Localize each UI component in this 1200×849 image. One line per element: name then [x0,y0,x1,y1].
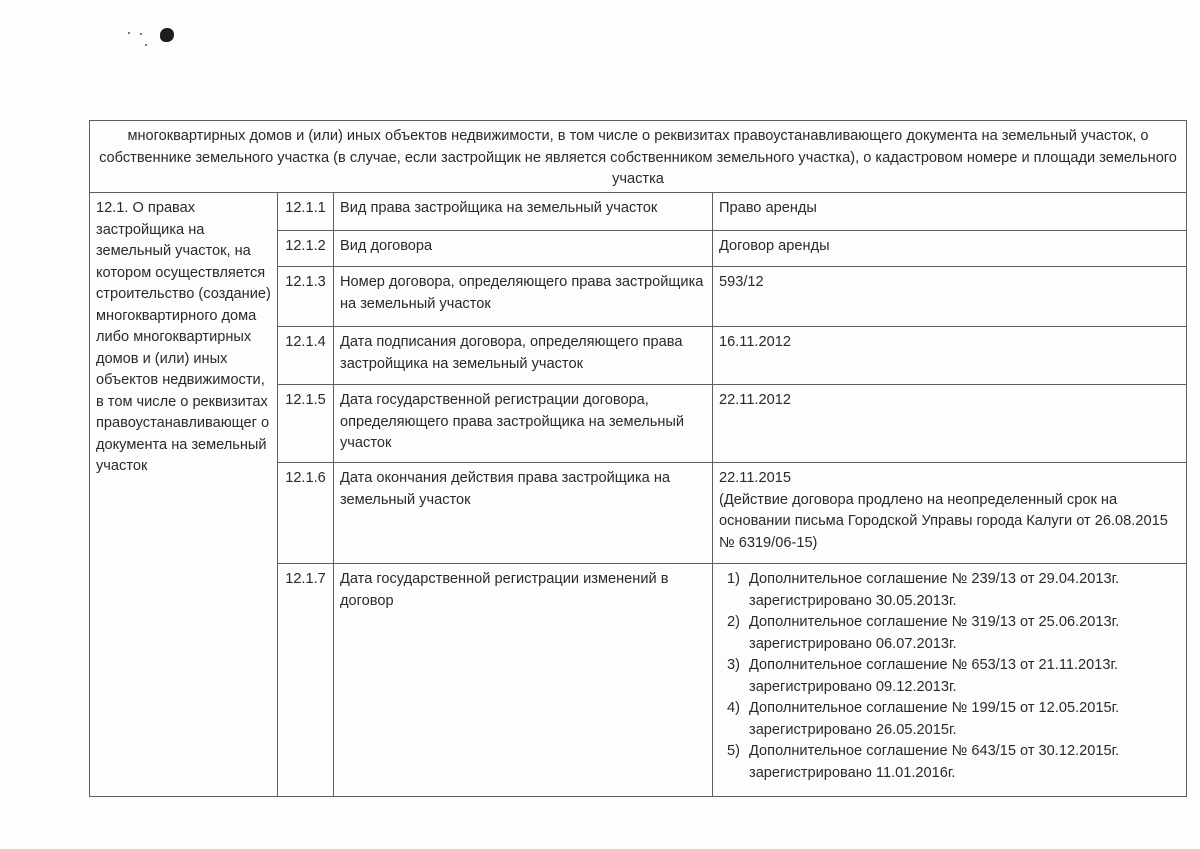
amendment-item: 4) Дополнительное соглашение № 199/15 от… [719,698,1176,741]
amendment-item: 2) Дополнительное соглашение № 319/13 от… [719,612,1176,655]
row-value: 593/12 [713,267,1187,327]
row-number: 12.1.6 [278,463,334,564]
row-number: 12.1.3 [278,267,334,327]
amendment-text: Дополнительное соглашение № 239/13 от 29… [749,571,1119,609]
list-marker: 4) [727,698,740,720]
row-number: 12.1.2 [278,231,334,267]
scan-artifact [160,28,174,42]
list-marker: 3) [727,655,740,677]
list-marker: 5) [727,741,740,763]
list-marker: 1) [727,569,740,591]
row-value: 1) Дополнительное соглашение № 239/13 от… [713,564,1187,797]
row-value: 22.11.2012 [713,385,1187,463]
row-value: Договор аренды [713,231,1187,267]
amendment-text: Дополнительное соглашение № 643/15 от 30… [749,743,1119,781]
table-header-row: многоквартирных домов и (или) иных объек… [90,121,1187,193]
amendment-text: Дополнительное соглашение № 653/13 от 21… [749,657,1118,695]
expiry-date: 22.11.2015 [719,468,1180,490]
row-number: 12.1.5 [278,385,334,463]
row-label: Номер договора, определяющего права заст… [334,267,713,327]
amendment-text: Дополнительное соглашение № 319/13 от 25… [749,614,1119,652]
row-label: Вид договора [334,231,713,267]
row-label: Дата государственной регистрации договор… [334,385,713,463]
row-number: 12.1.4 [278,327,334,385]
row-label: Дата окончания действия права застройщик… [334,463,713,564]
row-number: 12.1.7 [278,564,334,797]
row-label: Дата подписания договора, определяющего … [334,327,713,385]
scan-artifact [128,32,130,34]
row-value: 16.11.2012 [713,327,1187,385]
row-label: Дата государственной регистрации изменен… [334,564,713,797]
scan-artifact [140,33,142,35]
amendment-item: 1) Дополнительное соглашение № 239/13 от… [719,569,1176,612]
land-rights-table: многоквартирных домов и (или) иных объек… [89,120,1187,797]
scan-artifact [145,44,147,46]
table-row: 12.1. О правах застройщика на земельный … [90,193,1187,231]
row-value: 22.11.2015 (Действие договора продлено н… [713,463,1187,564]
row-number: 12.1.1 [278,193,334,231]
row-label: Вид права застройщика на земельный участ… [334,193,713,231]
section-header-text: многоквартирных домов и (или) иных объек… [90,121,1187,193]
scanned-page: многоквартирных домов и (или) иных объек… [0,0,1200,849]
list-marker: 2) [727,612,740,634]
amendment-item: 5) Дополнительное соглашение № 643/15 от… [719,741,1176,784]
amendment-text: Дополнительное соглашение № 199/15 от 12… [749,700,1119,738]
row-value: Право аренды [713,193,1187,231]
amendments-list: 1) Дополнительное соглашение № 239/13 от… [719,569,1180,784]
amendment-item: 3) Дополнительное соглашение № 653/13 от… [719,655,1176,698]
expiry-note: (Действие договора продлено на неопредел… [719,490,1180,555]
section-title: 12.1. О правах застройщика на земельный … [90,193,278,797]
